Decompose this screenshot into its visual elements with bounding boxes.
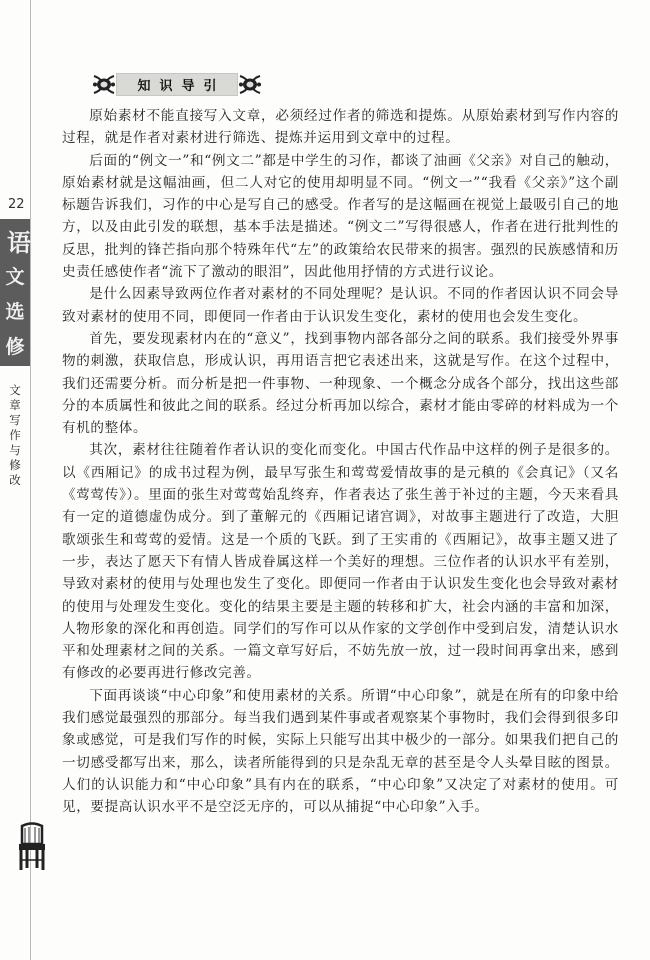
- side-tab: 语 文 选 修: [0, 219, 30, 366]
- paragraph: 是什么因素导致两位作者对素材的不同处理呢？是认识。不同的作者因认识不同会导致对素…: [62, 283, 619, 328]
- paragraph: 下面再谈谈“中心印象”和使用素材的关系。所谓“中心印象”，就是在所有的印象中给我…: [62, 685, 619, 819]
- paragraph: 其次，素材往往随着作者认识的变化而变化。中国古代作品中这样的例子是很多的。以《西…: [62, 439, 619, 684]
- paragraph: 后面的“例文一”和“例文二”都是中学生的习作，都谈了油画《父亲》对自己的触动，原…: [62, 150, 619, 284]
- paragraph: 原始素材不能直接写入文章，必须经过作者的筛选和提炼。从原始素材到写作内容的过程，…: [62, 105, 619, 150]
- floral-ornament-icon: [92, 72, 116, 97]
- section-title: 知识导引: [116, 73, 238, 96]
- floral-ornament-icon: [238, 72, 262, 97]
- side-tab-char: 选: [5, 295, 24, 330]
- side-tab-char: 语: [7, 225, 31, 260]
- section-header: 知识导引: [92, 72, 262, 97]
- paragraph: 首先，要发现素材内在的“意义”，找到事物内部各部分之间的联系。我们接受外界事物的…: [62, 328, 619, 439]
- side-tab-char: 修: [5, 330, 24, 365]
- margin-rule: [30, 0, 31, 960]
- page-number: 22: [8, 197, 25, 212]
- body-text: 原始素材不能直接写入文章，必须经过作者的筛选和提炼。从原始素材到写作内容的过程，…: [62, 105, 619, 819]
- side-tab-subtitle: 文章写作与修改: [6, 383, 24, 488]
- chair-illustration-icon: [17, 822, 47, 872]
- side-tab-char: 文: [5, 260, 24, 295]
